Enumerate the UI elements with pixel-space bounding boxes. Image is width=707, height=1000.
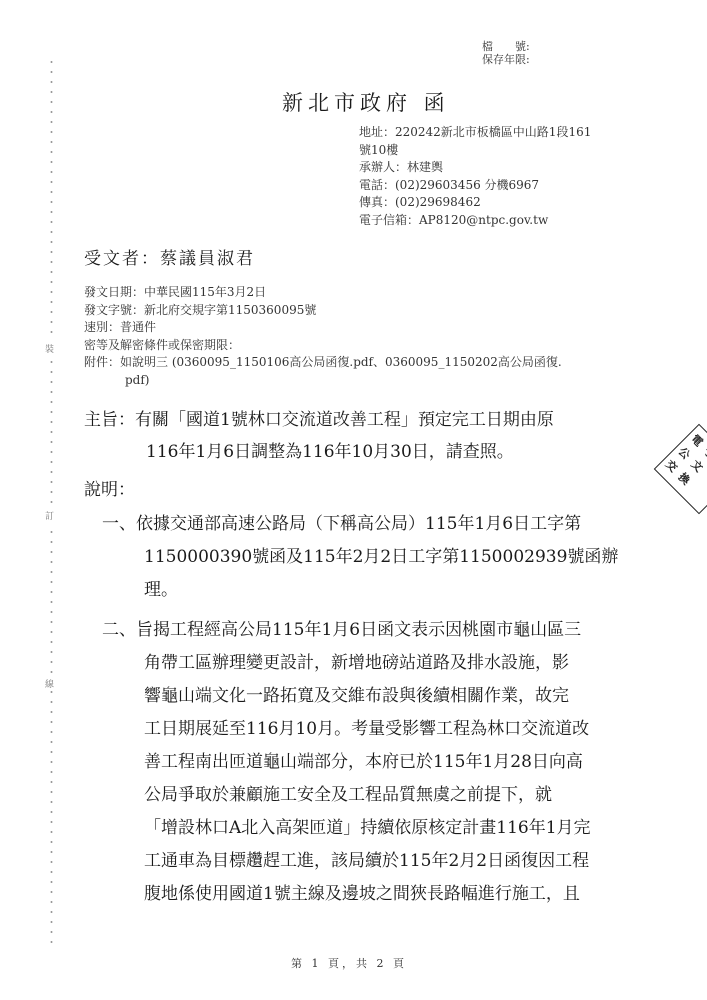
binding-dotted-line xyxy=(50,57,53,950)
document-title: 新北市政府 函 xyxy=(282,87,450,117)
email: 電子信箱：AP8120@ntpc.gov.tw xyxy=(359,212,591,230)
explanation-items: 一、依據交通部高速公路局（下稱高公局）115年1月6日工字第 115000039… xyxy=(102,508,618,911)
recipient: 受文者：蔡議員淑君 xyxy=(84,244,255,269)
attachment-line-1: 附件：如說明三 (0360095_1150106高公局函復.pdf、036009… xyxy=(84,354,562,372)
item-2-line-5: 善工程南出匝道龜山端部分，本府已於115年1月28日向高 xyxy=(102,746,618,779)
item-2-line-4: 工日期展延至116月10月。考量受影響工程為林口交流道改 xyxy=(102,713,618,746)
explanation-label: 說明： xyxy=(84,475,135,500)
address-line-2: 號10樓 xyxy=(359,142,591,160)
document-meta: 發文日期：中華民國115年3月2日 發文字號：新北府交規字第1150360095… xyxy=(84,284,562,389)
archive-number-label: 檔 號: xyxy=(482,40,530,53)
item-1-line-1: 一、依據交通部高速公路局（下稱高公局）115年1月6日工字第 xyxy=(102,508,618,541)
retention-period-label: 保存年限: xyxy=(482,53,530,66)
security-level: 密等及解密條件或保密期限： xyxy=(84,337,562,355)
binding-label-zhuang: 裝 xyxy=(45,341,54,356)
fax: 傳真：(02)29698462 xyxy=(359,194,591,212)
attachment-line-2: pdf) xyxy=(84,372,562,390)
page-indicator: 第 1 頁，共 2 頁 xyxy=(291,955,407,971)
filing-info: 檔 號: 保存年限: xyxy=(482,40,530,66)
explanation-item-2: 二、旨揭工程經高公局115年1月6日函文表示因桃園市龜山區三 角帶工區辦理變更設… xyxy=(102,614,618,911)
issue-date: 發文日期：中華民國115年3月2日 xyxy=(84,284,562,302)
e-document-exchange-stamp: 電 子 公 文 交 換 xyxy=(654,424,707,515)
item-2-line-6: 公局爭取於兼顧施工安全及工程品質無虞之前提下，就 xyxy=(102,779,618,812)
item-2-line-7: 「增設林口A北入高架匝道」持續依原核定計畫116年1月完 xyxy=(102,812,618,845)
address-line-1: 地址：220242新北市板橋區中山路1段161 xyxy=(359,124,591,142)
item-2-line-1: 二、旨揭工程經高公局115年1月6日函文表示因桃園市龜山區三 xyxy=(102,614,618,647)
contact-block: 地址：220242新北市板橋區中山路1段161 號10樓 承辦人：林建輿 電話：… xyxy=(359,124,591,229)
item-2-line-3: 響龜山端文化一路拓寬及交維布設與後續相關作業，故完 xyxy=(102,680,618,713)
subject: 主旨：有關「國道1號林口交流道改善工程」預定完工日期由原 116年1月6日調整為… xyxy=(84,404,554,468)
delivery-speed: 速別：普通件 xyxy=(84,319,562,337)
subject-line-1: 主旨：有關「國道1號林口交流道改善工程」預定完工日期由原 xyxy=(84,404,554,436)
item-1-line-2: 1150000390號函及115年2月2日工字第1150002939號函辦 xyxy=(102,541,618,574)
item-1-line-3: 理。 xyxy=(102,574,618,607)
binding-label-xian: 線 xyxy=(45,676,54,691)
item-2-line-2: 角帶工區辦理變更設計，新增地磅站道路及排水設施，影 xyxy=(102,647,618,680)
item-2-line-8: 工通車為目標趲趕工進，該局續於115年2月2日函復因工程 xyxy=(102,845,618,878)
binding-label-ding: 訂 xyxy=(45,508,54,523)
explanation-item-1: 一、依據交通部高速公路局（下稱高公局）115年1月6日工字第 115000039… xyxy=(102,508,618,607)
subject-line-2: 116年1月6日調整為116年10月30日，請查照。 xyxy=(84,436,554,468)
handler: 承辦人：林建輿 xyxy=(359,159,591,177)
item-2-line-9: 腹地係使用國道1號主線及邊坡之間狹長路幅進行施工，且 xyxy=(102,878,618,911)
document-number: 發文字號：新北府交規字第1150360095號 xyxy=(84,302,562,320)
phone: 電話：(02)29603456 分機6967 xyxy=(359,177,591,195)
